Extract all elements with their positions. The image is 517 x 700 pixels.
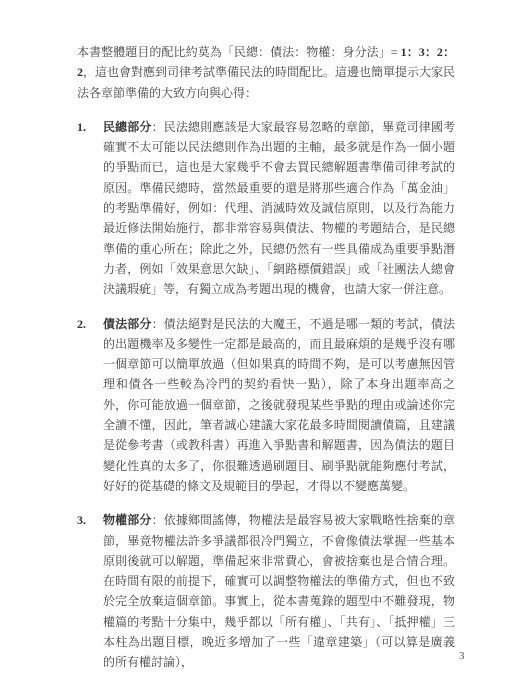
item-number: 1. xyxy=(77,117,86,137)
intro-text-after-ratio: ，這也會對應到司律考試準備民法的時間配比。這邊也簡單提示大家民法各章節準備的大致… xyxy=(77,65,455,99)
item-number: 3. xyxy=(77,510,86,530)
item-body: 物權部分：依據鄉間謠傳，物權法是最容易被大家戰略性捨棄的章節，畢竟物權法許多爭議… xyxy=(103,513,455,669)
item-label: 債法部分 xyxy=(103,317,152,331)
document-page: 本書整體題目的配比約莫為「民總：債法：物權：身分法」= 1：3：2：2，這也會對… xyxy=(0,0,517,700)
item-body: 民總部分：民法總則應該是大家最容易忽略的章節，畢竟司律國考確實不太可能以民法總則… xyxy=(103,120,455,296)
intro-text-before-ratio: 本書整體題目的配比約莫為「民總：債法：物權：身分法」= xyxy=(77,45,401,59)
intro-paragraph: 本書整體題目的配比約莫為「民總：債法：物權：身分法」= 1：3：2：2，這也會對… xyxy=(77,42,455,103)
item-separator: ： xyxy=(152,513,164,527)
page-content: 本書整體題目的配比約莫為「民總：債法：物權：身分法」= 1：3：2：2，這也會對… xyxy=(77,42,455,673)
item-text: 依據鄉間謠傳，物權法是最容易被大家戰略性捨棄的章節，畢竟物權法許多爭議都很冷門獨… xyxy=(103,513,455,669)
list-item-general-principles: 1. 民總部分：民法總則應該是大家最容易忽略的章節，畢竟司律國考確實不太可能以民… xyxy=(77,117,455,300)
list-item-property: 3. 物權部分：依據鄉間謠傳，物權法是最容易被大家戰略性捨棄的章節，畢竟物權法許… xyxy=(77,510,455,672)
page-number: 3 xyxy=(459,650,465,662)
item-body: 債法部分：債法絕對是民法的大魔王，不過是哪一類的考試，債法的出題機率及多變性一定… xyxy=(103,317,455,493)
item-separator: ： xyxy=(152,120,164,134)
item-text: 民法總則應該是大家最容易忽略的章節，畢竟司律國考確實不太可能以民法總則作為出題的… xyxy=(103,120,455,296)
item-label: 物權部分 xyxy=(103,513,152,527)
item-separator: ： xyxy=(152,317,164,331)
item-label: 民總部分 xyxy=(103,120,152,134)
list-item-obligations: 2. 債法部分：債法絕對是民法的大魔王，不過是哪一類的考試，債法的出題機率及多變… xyxy=(77,314,455,497)
item-number: 2. xyxy=(77,314,86,334)
item-text: 債法絕對是民法的大魔王，不過是哪一類的考試，債法的出題機率及多變性一定都是最高的… xyxy=(103,317,455,493)
